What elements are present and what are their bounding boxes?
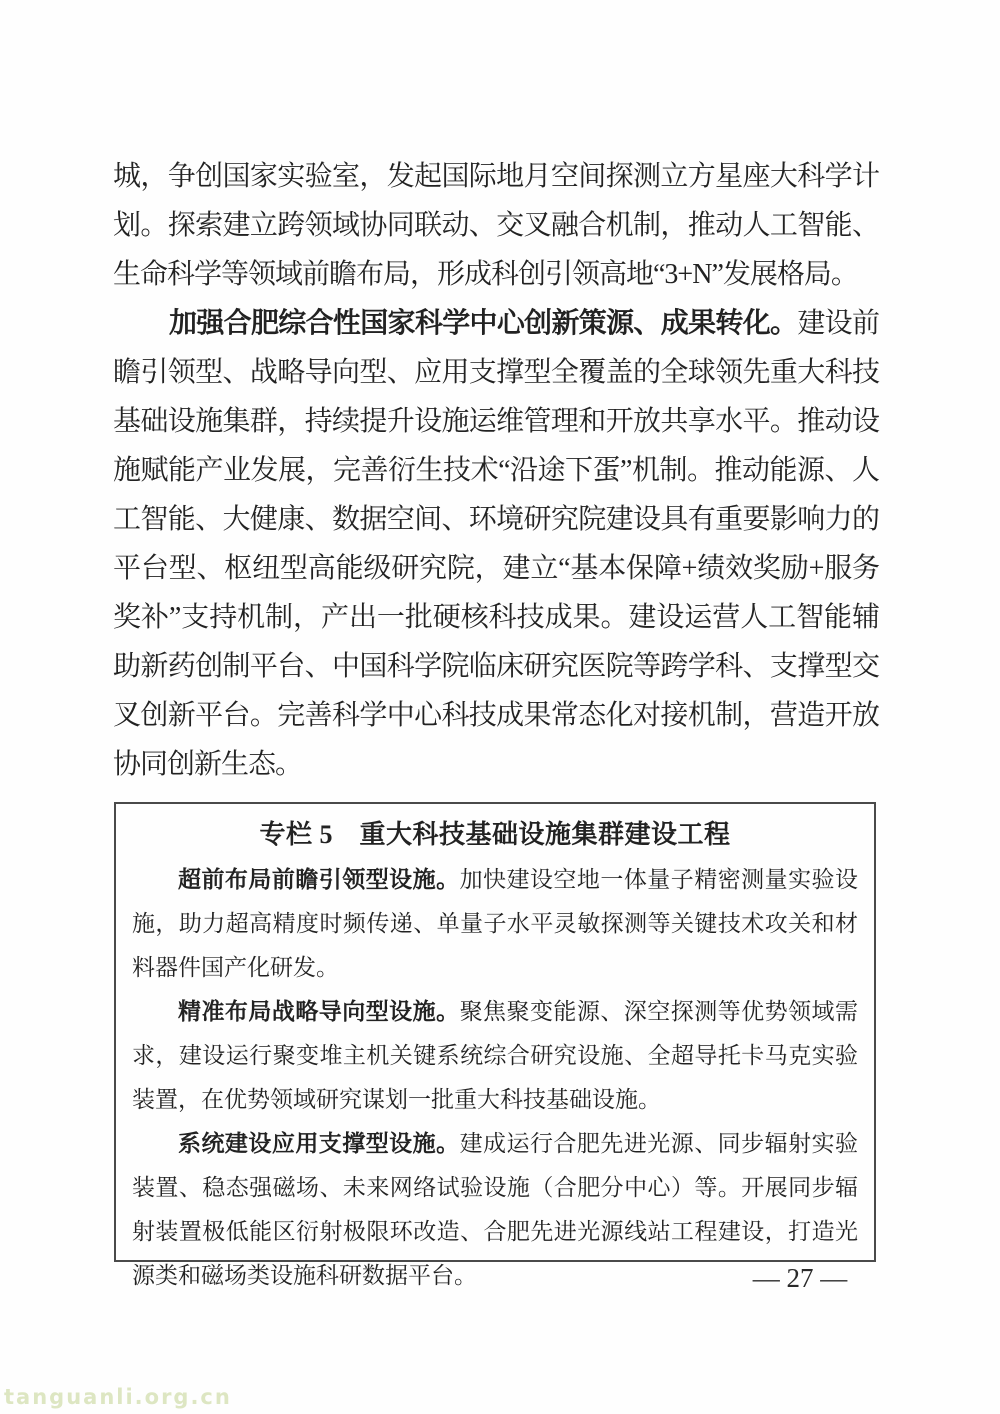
paragraph-science-center: 加强合肥综合性国家科学中心创新策源、成果转化。建设前瞻引领型、战略导向型、应用支… (113, 299, 879, 789)
body-text-block: 城，争创国家实验室，发起国际地月空间探测立方星座大科学计划。探索建立跨领域协同联… (113, 152, 879, 789)
watermark-text: tanguanli.org.cn (4, 1385, 232, 1409)
box-paragraph-application-lead: 系统建设应用支撑型设施。 (178, 1131, 460, 1156)
box-paragraph-forward-looking: 超前布局前瞻引领型设施。加快建设空地一体量子精密测量实验设施，助力超高精度时频传… (132, 858, 858, 990)
page-number: — 27 — (700, 1258, 900, 1298)
paragraph-continuation-text: 城，争创国家实验室，发起国际地月空间探测立方星座大科学计划。探索建立跨领域协同联… (113, 161, 879, 290)
paragraph-continuation: 城，争创国家实验室，发起国际地月空间探测立方星座大科学计划。探索建立跨领域协同联… (113, 152, 879, 299)
box-paragraph-strategic-lead: 精准布局战略导向型设施。 (178, 999, 460, 1024)
box-paragraph-forward-looking-lead: 超前布局前瞻引领型设施。 (178, 867, 460, 892)
column-5-box-title: 专栏 5 重大科技基础设施集群建设工程 (132, 814, 858, 856)
column-5-box: 专栏 5 重大科技基础设施集群建设工程 超前布局前瞻引领型设施。加快建设空地一体… (114, 802, 876, 1262)
paragraph-science-center-lead: 加强合肥综合性国家科学中心创新策源、成果转化。 (169, 308, 797, 339)
paragraph-science-center-body: 建设前瞻引领型、战略导向型、应用支撑型全覆盖的全球领先重大科技基础设施集群，持续… (113, 308, 879, 780)
document-page: 城，争创国家实验室，发起国际地月空间探测立方星座大科学计划。探索建立跨领域协同联… (0, 0, 1000, 1414)
box-paragraph-strategic: 精准布局战略导向型设施。聚焦聚变能源、深空探测等优势领域需求，建设运行聚变堆主机… (132, 990, 858, 1122)
